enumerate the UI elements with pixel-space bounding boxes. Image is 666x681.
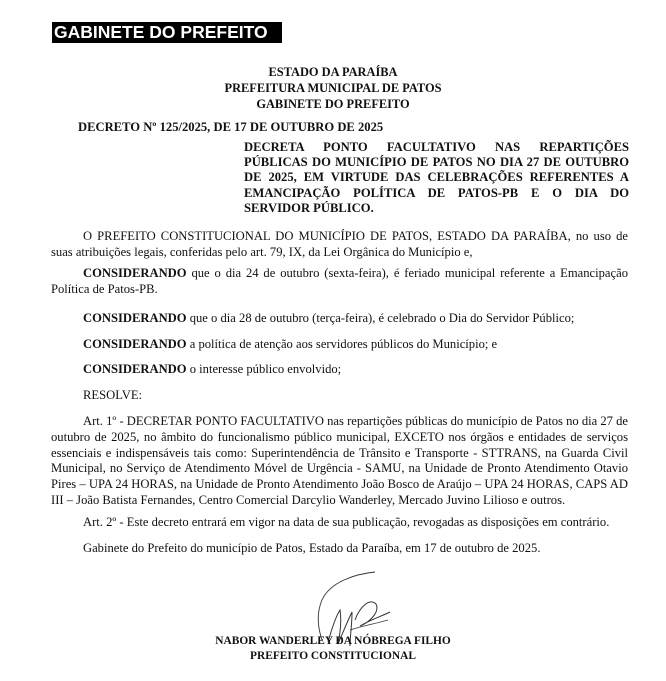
article-1-text: Art. 1º - DECRETAR PONTO FACULTATIVO nas… — [51, 414, 628, 507]
considerando-4: CONSIDERANDO o interesse público envolvi… — [51, 362, 628, 378]
header-city-hall: PREFEITURA MUNICIPAL DE PATOS — [0, 80, 666, 96]
header-office: GABINETE DO PREFEITO — [0, 96, 666, 112]
signatory-block: NABOR WANDERLEY DA NÓBREGA FILHO PREFEIT… — [0, 634, 666, 664]
considerando-text: a política de atenção aos servidores púb… — [187, 337, 498, 351]
decree-summary: DECRETA PONTO FACULTATIVO NAS REPARTIÇÕE… — [244, 140, 629, 216]
decree-title: DECRETO Nº 125/2025, DE 17 DE OUTUBRO DE… — [78, 120, 383, 135]
considerando-keyword: CONSIDERANDO — [83, 337, 187, 351]
considerando-2: CONSIDERANDO que o dia 28 de outubro (te… — [51, 311, 628, 327]
article-2: Art. 2º - Este decreto entrará em vigor … — [51, 515, 628, 531]
article-2-text: Art. 2º - Este decreto entrará em vigor … — [83, 515, 609, 529]
closing-text: Gabinete do Prefeito do município de Pat… — [83, 541, 540, 555]
signatory-name: NABOR WANDERLEY DA NÓBREGA FILHO — [0, 634, 666, 649]
section-label: GABINETE DO PREFEITO — [52, 22, 282, 43]
resolve-heading: RESOLVE: — [51, 388, 628, 404]
considerando-3: CONSIDERANDO a política de atenção aos s… — [51, 337, 628, 353]
document-header: ESTADO DA PARAÍBA PREFEITURA MUNICIPAL D… — [0, 64, 666, 112]
considerando-keyword: CONSIDERANDO — [83, 311, 187, 325]
considerando-text: que o dia 28 de outubro (terça-feira), é… — [187, 311, 575, 325]
considerando-text: o interesse público envolvido; — [187, 362, 342, 376]
closing-line: Gabinete do Prefeito do município de Pat… — [51, 541, 628, 557]
considerando-keyword: CONSIDERANDO — [83, 362, 187, 376]
considerando-1: CONSIDERANDO que o dia 24 de outubro (se… — [51, 266, 628, 298]
signatory-title: PREFEITO CONSTITUCIONAL — [0, 649, 666, 664]
preamble-paragraph: O PREFEITO CONSTITUCIONAL DO MUNICÍPIO D… — [51, 229, 628, 261]
header-state: ESTADO DA PARAÍBA — [0, 64, 666, 80]
preamble-text: O PREFEITO CONSTITUCIONAL DO MUNICÍPIO D… — [51, 229, 628, 259]
considerando-keyword: CONSIDERANDO — [83, 266, 187, 280]
article-1: Art. 1º - DECRETAR PONTO FACULTATIVO nas… — [51, 414, 628, 509]
